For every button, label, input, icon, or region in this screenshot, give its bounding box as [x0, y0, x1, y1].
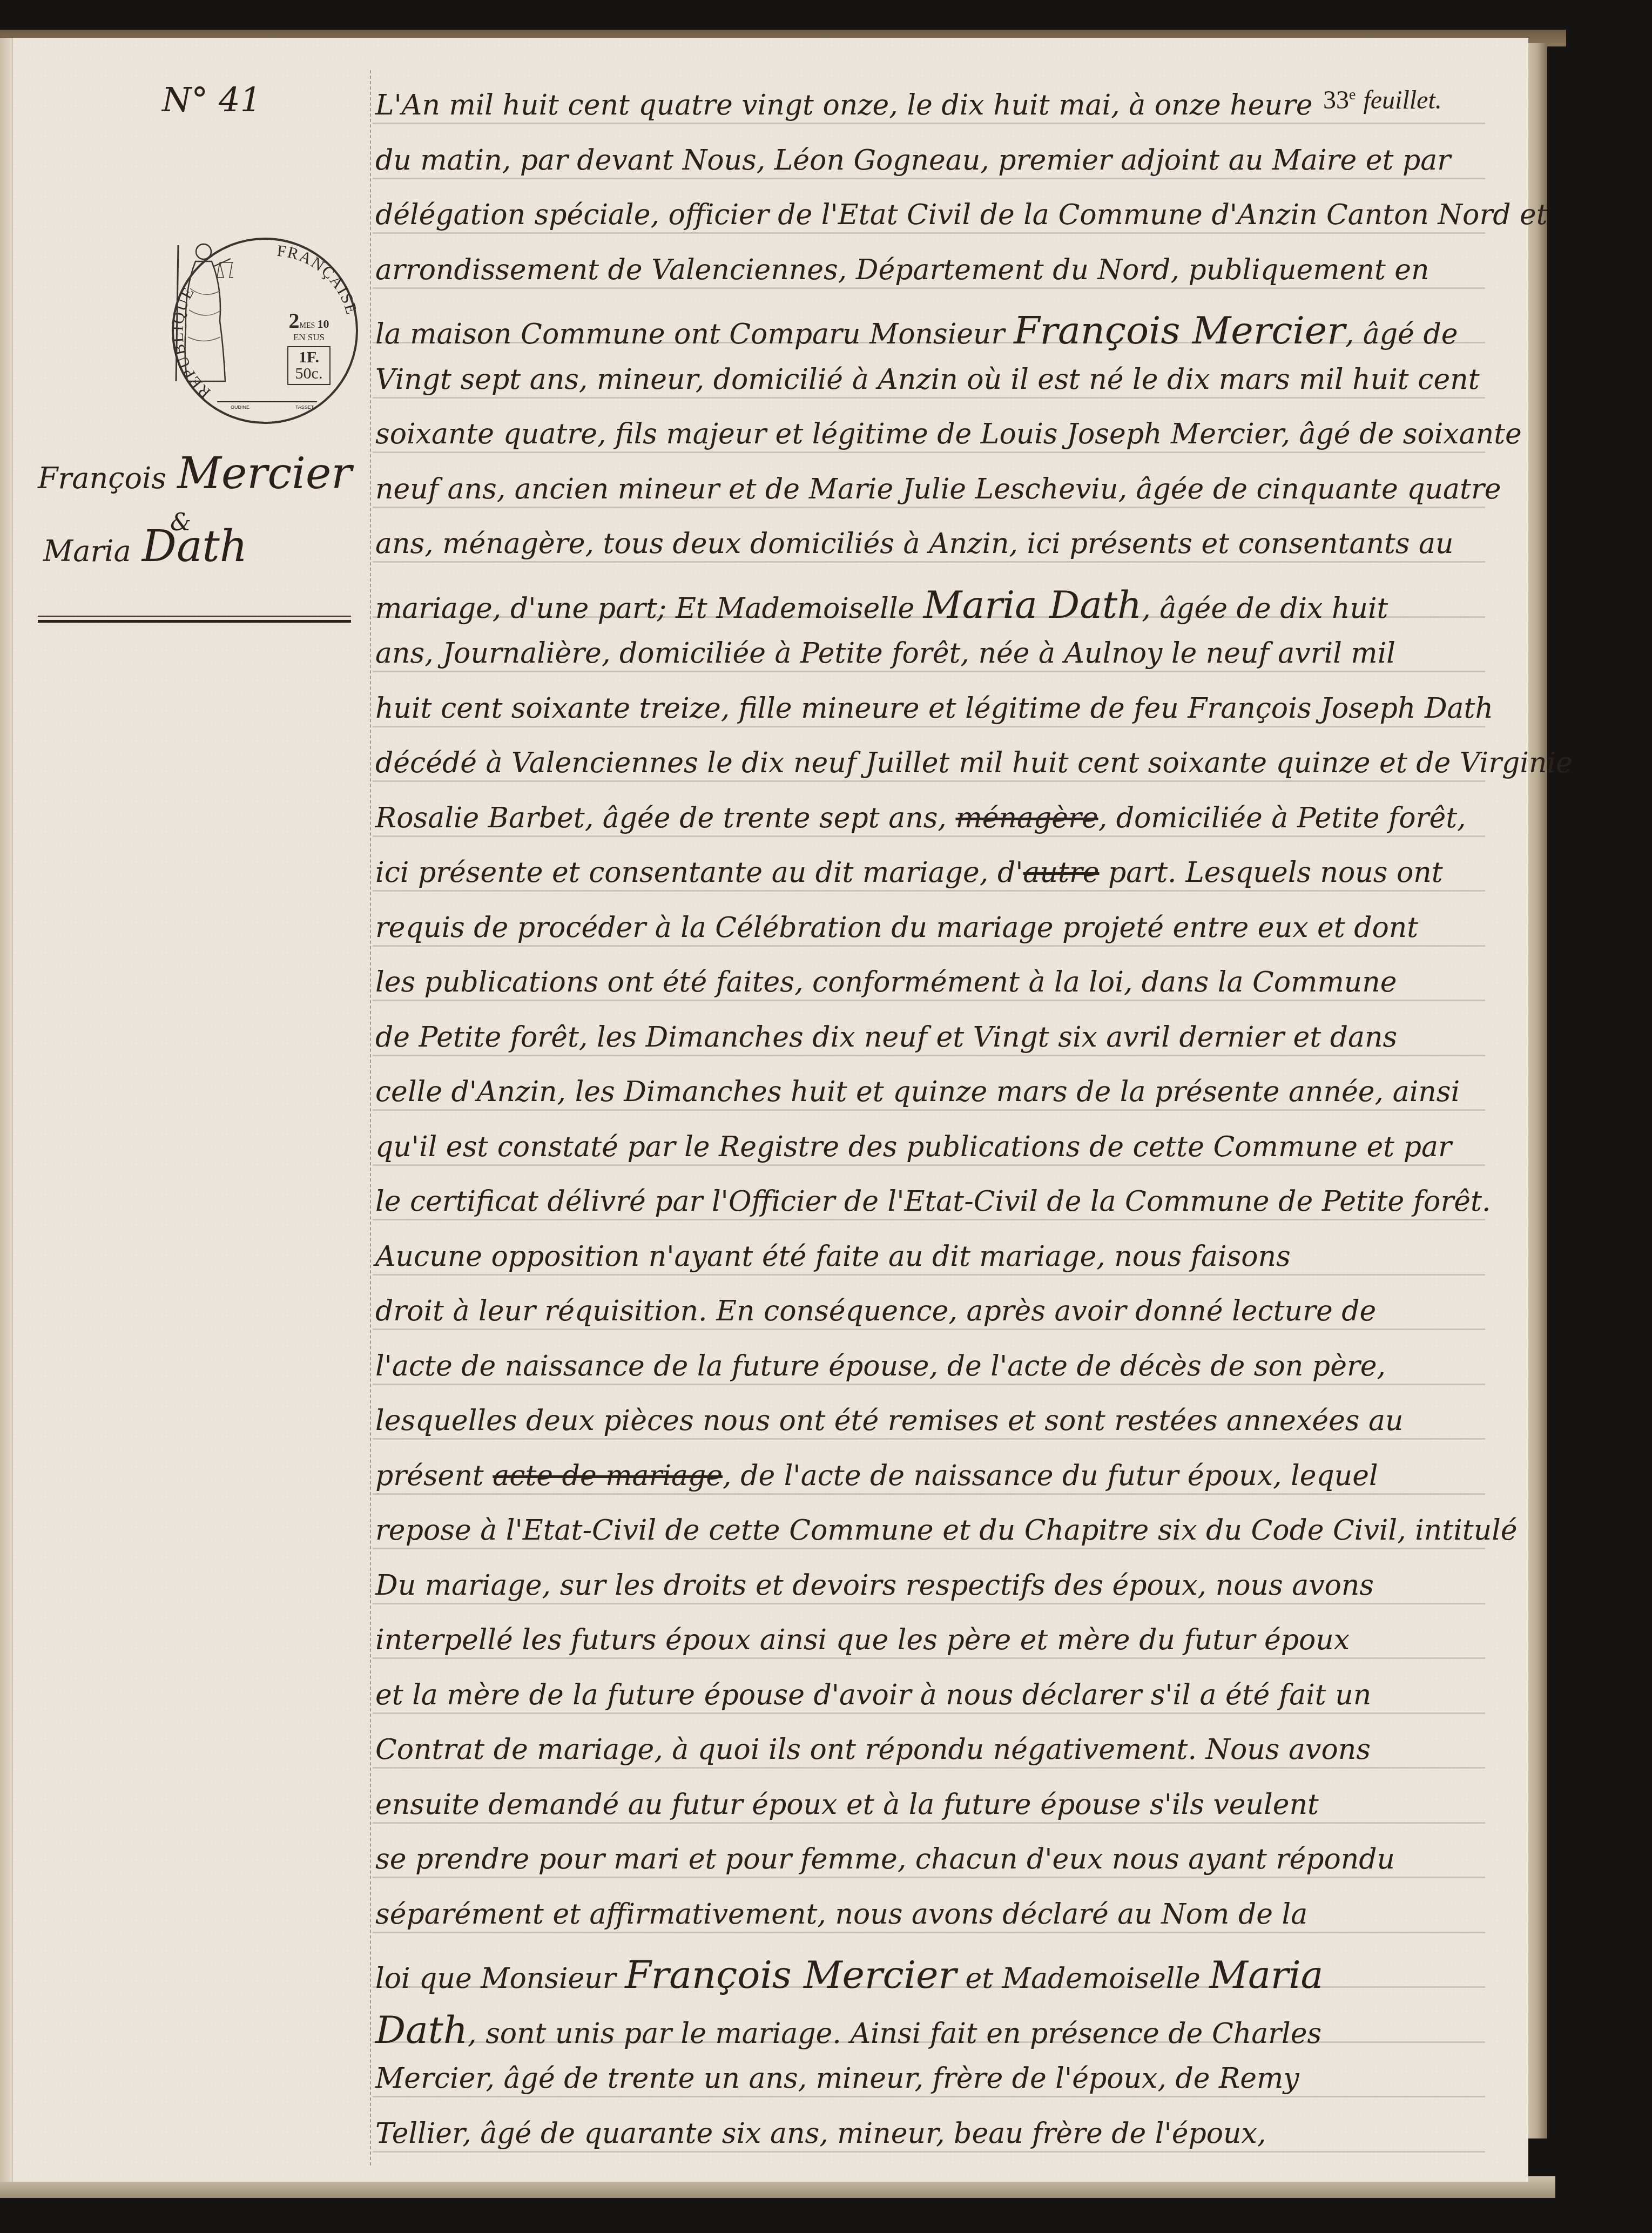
struck-text: ménagère [955, 802, 1098, 834]
struck-text: autre [1023, 856, 1100, 889]
ruled-line [373, 561, 1485, 563]
folio-suffix: e [1349, 86, 1356, 103]
stamp-fraction-num: 2 [289, 308, 300, 333]
ruled-line [373, 1055, 1485, 1056]
line-text: Mercier, âgé de trente un ans, mineur, f… [375, 2062, 1299, 2095]
line-text: loi que Monsieur [375, 1962, 625, 1995]
margin-bride-given: Maria [43, 534, 131, 568]
text-line: Contrat de mariage, à quoi ils ont répon… [375, 1733, 1371, 1766]
text-line: loi que Monsieur François Mercier et Mad… [375, 1953, 1323, 1997]
text-line: Aucune opposition n'ayant été faite au d… [375, 1240, 1291, 1273]
text-line: soixante quatre, fils majeur et légitime… [375, 418, 1522, 450]
line-text: et la mère de la future épouse d'avoir à… [375, 1679, 1371, 1711]
line-text: le certificat délivré par l'Officier de … [375, 1185, 1491, 1218]
line-text: les publications ont été faites, conform… [375, 966, 1397, 999]
line-text: ans, Journalière, domiciliée à Petite fo… [375, 637, 1395, 670]
ruled-line [373, 1219, 1485, 1220]
stamp-en-sus: EN SUS [287, 333, 331, 342]
margin-groom-given: François [38, 461, 166, 495]
line-text: , de l'acte de naissance du futur époux,… [723, 1460, 1378, 1492]
line-text: , âgée de dix huit [1142, 592, 1388, 625]
line-text: arrondissement de Valenciennes, Départem… [375, 254, 1430, 286]
text-line: droit à leur réquisition. En conséquence… [375, 1295, 1376, 1327]
text-line: Rosalie Barbet, âgée de trente sept ans,… [375, 802, 1466, 834]
line-text: mariage, d'une part; Et Mademoiselle [375, 592, 923, 625]
margin-bride-name: MariaDath [43, 521, 247, 571]
binding-stitching [0, 38, 13, 2182]
ruled-line [373, 397, 1485, 399]
line-text: ans, ménagère, tous deux domiciliés à An… [375, 528, 1454, 560]
line-text: repose à l'Etat-Civil de cette Commune e… [375, 1514, 1518, 1547]
line-text: du matin, par devant Nous, Léon Gogneau,… [375, 144, 1451, 177]
stamp-fraction-unit: MES [300, 322, 315, 330]
ruled-line [373, 1932, 1485, 1933]
ruled-line [373, 287, 1485, 289]
ruled-line [373, 2151, 1485, 2153]
line-text: interpellé les futurs époux ainsi que le… [375, 1624, 1350, 1656]
margin-double-rule [38, 616, 351, 623]
stamp-engraver-left: OUDINE [231, 404, 250, 410]
line-text: Aucune opposition n'ayant été faite au d… [375, 1240, 1291, 1273]
text-line: l'acte de naissance de la future épouse,… [375, 1350, 1386, 1382]
line-text: Rosalie Barbet, âgée de trente sept ans, [375, 802, 955, 834]
ruled-line [373, 1328, 1485, 1330]
margin-groom-surname: Mercier [177, 448, 352, 498]
spouse-name: Maria Dath [923, 583, 1142, 627]
spouse-name: François Mercier [1014, 308, 1345, 353]
ruled-line [373, 835, 1485, 837]
ruled-line [373, 1274, 1485, 1276]
line-text: décédé à Valenciennes le dix neuf Juille… [375, 747, 1573, 779]
ruled-line [373, 1548, 1485, 1549]
line-text: , domiciliée à Petite forêt, [1098, 802, 1466, 834]
text-line: et la mère de la future épouse d'avoir à… [375, 1679, 1371, 1711]
text-line: huit cent soixante treize, fille mineure… [375, 692, 1493, 725]
stamp-value: 2MES 10 EN SUS 1F. 50c. [287, 310, 331, 385]
text-line: Tellier, âgé de quarante six ans, mineur… [375, 2117, 1266, 2150]
line-text: ensuite demandé au futur époux et à la f… [375, 1789, 1319, 1821]
ruled-line [373, 451, 1485, 453]
line-text: L'An mil huit cent quatre vingt onze, le… [375, 89, 1313, 122]
ruled-line [373, 1657, 1485, 1659]
ruled-line [373, 780, 1485, 782]
line-text: requis de procéder à la Célébration du m… [375, 912, 1418, 944]
text-line: le certificat délivré par l'Officier de … [375, 1185, 1491, 1218]
ruled-line [373, 890, 1485, 892]
margin-rule [370, 70, 371, 2165]
text-line: celle d'Anzin, les Dimanches huit et qui… [375, 1076, 1460, 1108]
text-line: la maison Commune ont Comparu Monsieur F… [375, 308, 1458, 353]
ruled-line [373, 507, 1485, 508]
text-line: se prendre pour mari et pour femme, chac… [375, 1843, 1395, 1876]
text-line: requis de procéder à la Célébration du m… [375, 912, 1418, 944]
ruled-line [373, 1767, 1485, 1769]
ruled-line [373, 123, 1485, 124]
text-line: présent acte de mariage, de l'acte de na… [375, 1460, 1378, 1492]
justice-figure-icon [174, 240, 233, 386]
text-line: Du mariage, sur les droits et devoirs re… [375, 1569, 1374, 1602]
ruled-line [373, 1877, 1485, 1878]
ruled-line [373, 1164, 1485, 1166]
line-text: la maison Commune ont Comparu Monsieur [375, 318, 1014, 350]
margin-bride-surname: Dath [142, 521, 248, 571]
ruled-line [373, 232, 1485, 234]
stamp-price-francs: 1F. [288, 349, 329, 366]
line-text: neuf ans, ancien mineur et de Marie Juli… [375, 473, 1501, 505]
line-text: qu'il est constaté par le Registre des p… [375, 1131, 1452, 1163]
text-line: les publications ont été faites, conform… [375, 966, 1397, 999]
line-text: ici présente et consentante au dit maria… [375, 856, 1023, 889]
line-text: , sont unis par le mariage. Ainsi fait e… [468, 2018, 1321, 2050]
ruled-line [373, 1822, 1485, 1824]
text-line: Mercier, âgé de trente un ans, mineur, f… [375, 2062, 1299, 2095]
stamp-fraction-den: 10 [317, 317, 329, 330]
ruled-line [373, 1109, 1485, 1111]
spouse-name: François Mercier [625, 1953, 956, 1997]
line-text: Contrat de mariage, à quoi ils ont répon… [375, 1733, 1371, 1766]
spouse-name: Maria [1209, 1953, 1323, 1997]
text-line: interpellé les futurs époux ainsi que le… [375, 1624, 1350, 1656]
line-text: lesquelles deux pièces nous ont été remi… [375, 1405, 1403, 1437]
ruled-line [373, 2096, 1485, 2097]
stamp-engraver-right: TASSET [295, 404, 314, 410]
folio-number: 33 [1323, 86, 1349, 114]
ruled-line [373, 1384, 1485, 1385]
line-text: droit à leur réquisition. En conséquence… [375, 1295, 1376, 1327]
text-line: de Petite forêt, les Dimanches dix neuf … [375, 1021, 1397, 1054]
text-line: lesquelles deux pièces nous ont été remi… [375, 1405, 1403, 1437]
ruled-line [373, 1493, 1485, 1495]
fiscal-stamp: REPUBLIQUE FRANÇAISE OUDINE TASSET 2MES … [172, 238, 358, 424]
stamp-price-cents: 50c. [288, 366, 329, 382]
line-text: huit cent soixante treize, fille mineure… [375, 692, 1493, 725]
spouse-name: Dath [375, 2008, 468, 2052]
line-text: séparément et affirmativement, nous avon… [375, 1898, 1307, 1931]
stamp-legend-right: FRANÇAISE [276, 242, 356, 317]
line-text: se prendre pour mari et pour femme, chac… [375, 1843, 1395, 1876]
svg-text:FRANÇAISE: FRANÇAISE [276, 242, 356, 317]
line-text: , âgé de [1345, 318, 1458, 350]
text-line: délégation spéciale, officier de l'Etat … [375, 199, 1548, 231]
line-text: soixante quatre, fils majeur et légitime… [375, 418, 1522, 450]
ruled-line [373, 178, 1485, 179]
text-line: mariage, d'une part; Et Mademoiselle Mar… [375, 583, 1388, 627]
text-line: Dath, sont unis par le mariage. Ainsi fa… [375, 2008, 1321, 2052]
ruled-line [373, 726, 1485, 727]
line-text: l'acte de naissance de la future épouse,… [375, 1350, 1386, 1382]
text-line: L'An mil huit cent quatre vingt onze, le… [375, 89, 1313, 122]
line-text: Vingt sept ans, mineur, domicilié à Anzi… [375, 363, 1480, 396]
act-number: N° 41 [162, 80, 261, 119]
ruled-line [373, 1438, 1485, 1440]
text-line: ici présente et consentante au dit maria… [375, 856, 1443, 889]
line-text: délégation spéciale, officier de l'Etat … [375, 199, 1548, 231]
line-text: présent [375, 1460, 493, 1492]
text-line: repose à l'Etat-Civil de cette Commune e… [375, 1514, 1518, 1547]
margin-groom-name: FrançoisMercier [38, 448, 352, 498]
text-line: ensuite demandé au futur époux et à la f… [375, 1789, 1319, 1821]
ruled-line [373, 671, 1485, 672]
register-page: N° 41 33efeuillet. REPUBLIQUE FRANÇAISE … [0, 38, 1528, 2182]
text-line: ans, Journalière, domiciliée à Petite fo… [375, 637, 1395, 670]
text-line: arrondissement de Valenciennes, Départem… [375, 254, 1430, 286]
text-line: neuf ans, ancien mineur et de Marie Juli… [375, 473, 1501, 505]
text-line: décédé à Valenciennes le dix neuf Juille… [375, 747, 1573, 779]
line-text: celle d'Anzin, les Dimanches huit et qui… [375, 1076, 1460, 1108]
line-text: Du mariage, sur les droits et devoirs re… [375, 1569, 1374, 1602]
folio-word: feuillet. [1363, 86, 1441, 114]
text-line: ans, ménagère, tous deux domiciliés à An… [375, 528, 1454, 560]
ruled-line [373, 1712, 1485, 1714]
text-line: qu'il est constaté par le Registre des p… [375, 1131, 1452, 1163]
folio-label: 33efeuillet. [1323, 85, 1442, 115]
stamp-price: 1F. 50c. [287, 346, 331, 385]
text-line: du matin, par devant Nous, Léon Gogneau,… [375, 144, 1451, 177]
struck-text: acte de mariage [493, 1460, 723, 1492]
text-line: séparément et affirmativement, nous avon… [375, 1898, 1307, 1931]
ruled-line [373, 1603, 1485, 1604]
line-text: Tellier, âgé de quarante six ans, mineur… [375, 2117, 1266, 2150]
line-text: de Petite forêt, les Dimanches dix neuf … [375, 1021, 1397, 1054]
text-line: Vingt sept ans, mineur, domicilié à Anzi… [375, 363, 1480, 396]
ruled-line [373, 945, 1485, 947]
line-text: part. Lesquels nous ont [1100, 856, 1443, 889]
line-text: et Mademoiselle [956, 1962, 1209, 1995]
ruled-line [373, 1000, 1485, 1001]
